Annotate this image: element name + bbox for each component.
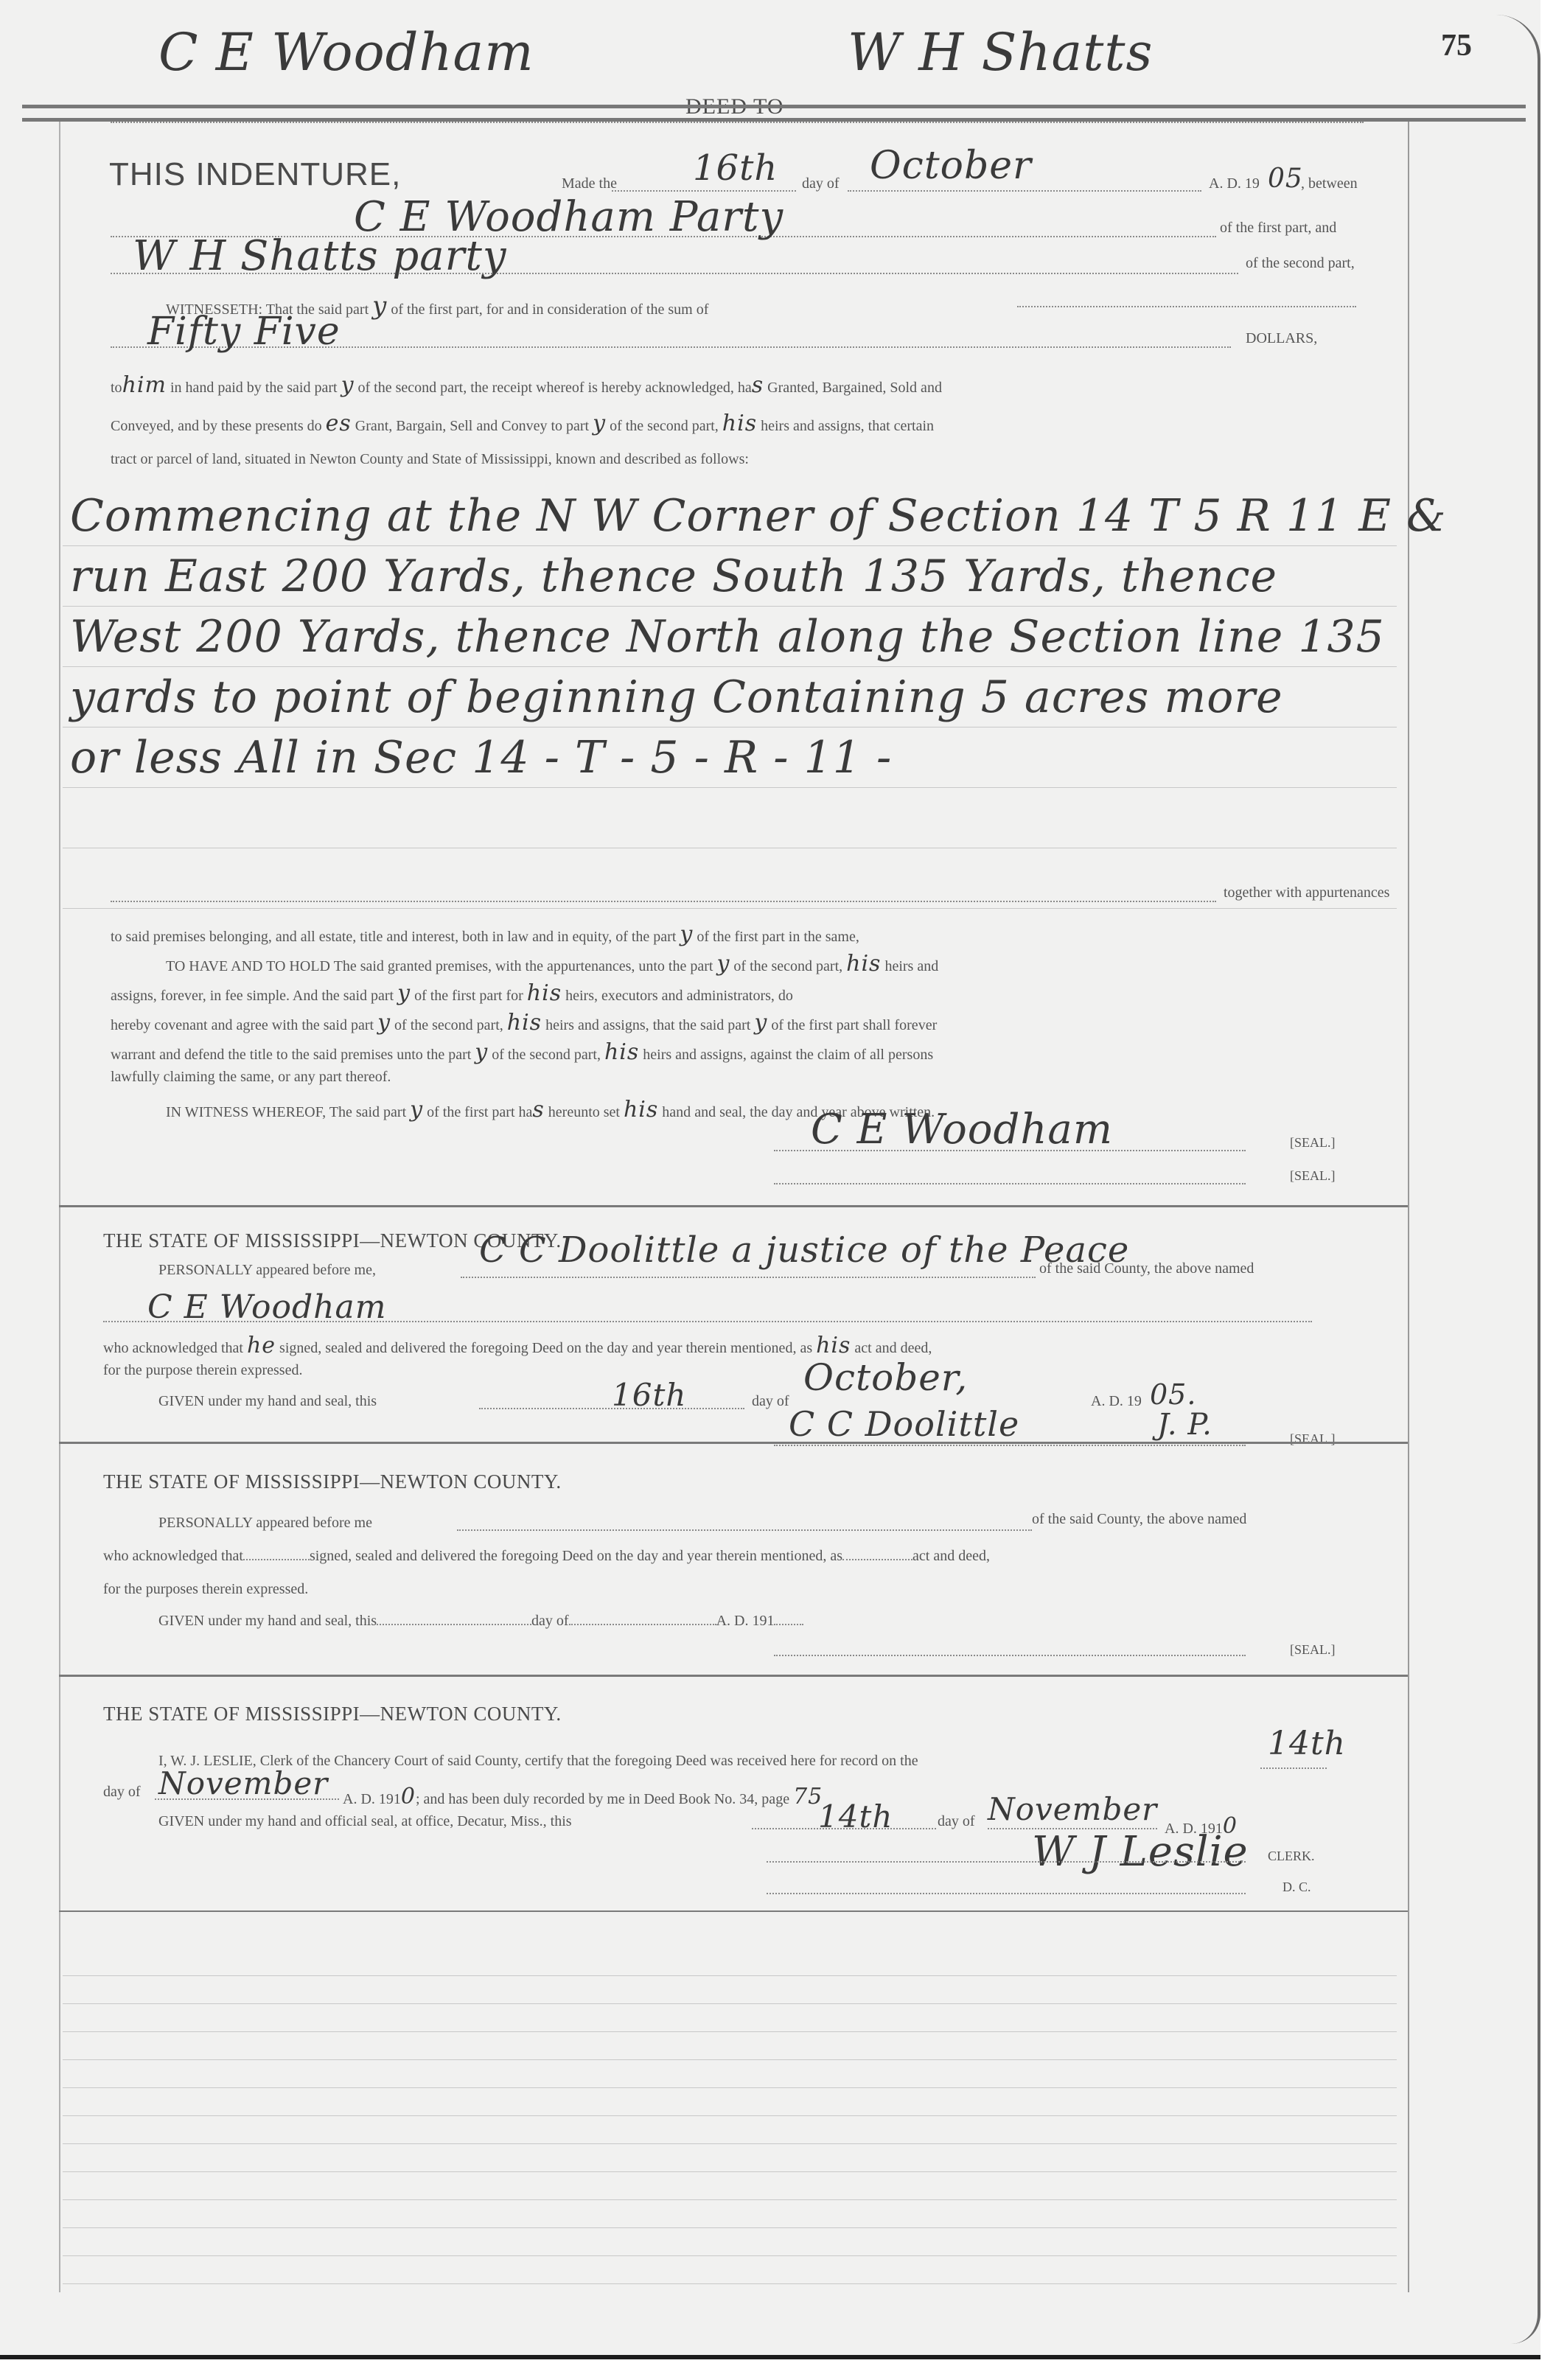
header-grantor: C E Woodham <box>158 22 534 83</box>
section-divider-1 <box>59 1205 1408 1207</box>
page-number: 75 <box>1441 28 1472 63</box>
recording-received-day: 14th <box>1268 1725 1346 1762</box>
ack1-line: who acknowledged that he signed, sealed … <box>103 1333 932 1358</box>
ack1-seal: [SEAL.] <box>1290 1431 1336 1447</box>
ack1-day-of: day of <box>752 1393 789 1410</box>
recording-line-2: A. D. 1910; and has been duly recorded b… <box>343 1784 823 1810</box>
ack2-county: of the said County, the above named <box>1032 1511 1246 1528</box>
ack1-personally: PERSONALLY appeared before me, <box>158 1262 376 1279</box>
habendum-line-6: lawfully claiming the same, or any part … <box>111 1069 391 1086</box>
recording-day-of: day of <box>103 1784 141 1801</box>
seal-label-2: [SEAL.] <box>1290 1168 1336 1184</box>
between-label: , between <box>1301 175 1358 192</box>
second-party-label: of the second part, <box>1246 255 1355 272</box>
description-line: or less All in Sec 14 - T - 5 - R - 11 - <box>70 732 892 784</box>
recording-given-day: 14th <box>818 1798 893 1835</box>
recording-given-day-of: day of <box>938 1813 975 1830</box>
ack2-seal: [SEAL.] <box>1290 1642 1336 1658</box>
indenture-title: THIS INDENTURE, <box>109 156 401 193</box>
header-grantee: W H Shatts <box>848 22 1153 83</box>
description-line: Commencing at the N W Corner of Section … <box>70 490 1447 542</box>
day-of-label: day of <box>802 175 840 192</box>
habendum-line-4: hereby covenant and agree with the said … <box>111 1010 937 1036</box>
ack2-heading: THE STATE OF MISSISSIPPI—NEWTON COUNTY. <box>103 1470 562 1493</box>
ack1-ad: A. D. 19 <box>1091 1393 1142 1410</box>
ack1-given: GIVEN under my hand and seal, this <box>158 1393 377 1410</box>
header-rule-1 <box>22 105 1526 108</box>
ad-label: A. D. 19 <box>1209 175 1260 192</box>
header-dotted-line <box>111 122 1364 123</box>
ack2-personally: PERSONALLY appeared before me <box>158 1515 372 1532</box>
tract-line: tract or parcel of land, situated in New… <box>111 451 749 468</box>
day-value: 16th <box>693 147 778 189</box>
year-value: 05 <box>1268 164 1303 194</box>
grantor-signature: C E Woodham <box>811 1106 1113 1154</box>
clerk-signature: W J Leslie <box>1032 1828 1249 1876</box>
made-the-label: Made the <box>562 175 617 192</box>
dc-label: D. C. <box>1282 1880 1311 1895</box>
habendum-line-3: assigns, forever, in fee simple. And the… <box>111 980 793 1006</box>
ack2-line: who acknowledged thatsigned, sealed and … <box>103 1548 990 1565</box>
ack1-named: C E Woodham <box>147 1288 386 1326</box>
habendum-line-5: warrant and defend the title to the said… <box>111 1039 933 1065</box>
first-party-label: of the first part, and <box>1220 220 1336 237</box>
description-line: run East 200 Yards, thence South 135 Yar… <box>70 551 1277 602</box>
second-party-value: W H Shatts party <box>133 232 507 280</box>
dollars-label: DOLLARS, <box>1246 330 1317 347</box>
section-divider-3 <box>59 1675 1408 1677</box>
together-label: together with appurtenances <box>1224 884 1389 901</box>
consideration-line: tohim in hand paid by the said part y of… <box>111 372 942 398</box>
recording-given-month: November <box>988 1791 1157 1827</box>
recording-heading: THE STATE OF MISSISSIPPI—NEWTON COUNTY. <box>103 1703 562 1725</box>
ack1-county: of the said County, the above named <box>1039 1260 1254 1277</box>
section-divider-2 <box>59 1442 1408 1444</box>
section-divider-4 <box>59 1910 1408 1912</box>
deed-record-page: C E Woodham DEED TO W H Shatts 75 THIS I… <box>0 0 1540 2359</box>
conveyance-line: Conveyed, and by these presents do es Gr… <box>111 411 934 436</box>
habendum-line-2: TO HAVE AND TO HOLD The said granted pre… <box>166 951 938 977</box>
recording-received-month: November <box>158 1765 328 1801</box>
ack1-signature: C C Doolittle <box>789 1404 1019 1444</box>
sum-value: Fifty Five <box>147 310 341 354</box>
right-margin-line <box>1408 122 1409 2292</box>
description-line: West 200 Yards, thence North along the S… <box>70 611 1385 663</box>
ack1-jp: J. P. <box>1157 1408 1212 1442</box>
header-rule-2 <box>22 118 1526 122</box>
description-line: yards to point of beginning Containing 5… <box>70 671 1283 723</box>
ack1-given-month: October, <box>803 1356 968 1399</box>
clerk-label: CLERK. <box>1268 1849 1315 1864</box>
recording-line-3: GIVEN under my hand and official seal, a… <box>158 1813 572 1830</box>
ack1-year: 05. <box>1150 1378 1196 1411</box>
month-value: October <box>870 144 1032 188</box>
ack2-purpose: for the purposes therein expressed. <box>103 1581 308 1598</box>
page-edge <box>1493 15 1540 2344</box>
ack1-given-day: 16th <box>612 1377 686 1413</box>
habendum-line-1: to said premises belonging, and all esta… <box>111 921 859 947</box>
ack1-officer: C C Doolittle a justice of the Peace <box>479 1229 1129 1271</box>
ack1-purpose: for the purpose therein expressed. <box>103 1362 302 1379</box>
ack2-given: GIVEN under my hand and seal, thisday of… <box>158 1613 803 1630</box>
seal-label-1: [SEAL.] <box>1290 1135 1336 1151</box>
